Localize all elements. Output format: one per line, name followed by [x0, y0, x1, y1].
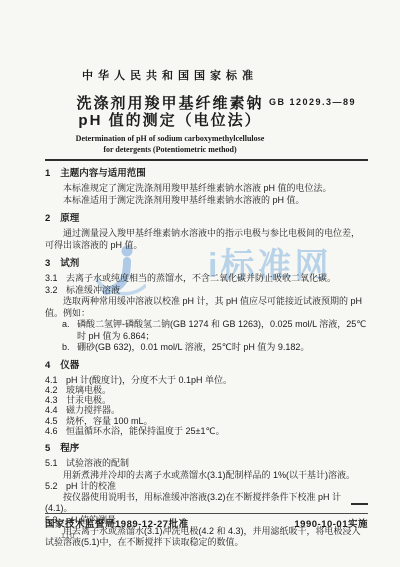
clause-text: 甘汞电极。 [66, 395, 111, 405]
title-line-2: pH 值的测定（电位法） [45, 112, 295, 129]
paragraph: 用新煮沸并冷却的去离子水或蒸馏水(3.1)配制样品的 1%(以干基计)溶液。 [45, 470, 368, 481]
clause-number: 3.1 [45, 273, 66, 285]
clause-number: 4.5 [45, 416, 66, 426]
section-number: 4 [45, 360, 50, 371]
paragraph: 选取两种常用缓冲溶液以校准 pH 计，其 pH 值应尽可能接近试液预期的 pH … [45, 296, 368, 319]
document-page: i标准网 中华人民共和国国家标准 洗涤剂用羧甲基纤维素钠 pH 值的测定（电位法… [0, 0, 400, 567]
section-3-heading: 3 试剂 [45, 258, 368, 269]
title-block: 洗涤剂用羧甲基纤维素钠 pH 值的测定（电位法） GB 12029.3—89 [45, 95, 368, 129]
footer-area: 国家技术监督局1989-12-27批准 1990-10-01实施 110 [45, 500, 368, 560]
english-title-line-2: for detergents (Potentiometric method) [45, 144, 295, 155]
clause-text: 试验溶液的配制 [66, 458, 129, 469]
clause-3-1: 3.1 去离子水或纯度相当的蒸馏水，不含二氧化碳并防止吸收二氧化碳。 [45, 273, 368, 285]
clause-4-2: 4.2 玻璃电极。 [45, 385, 368, 395]
section-title: 原理 [60, 213, 79, 224]
clause-text: pH 计(酸度计)，分度不大于 0.1pH 单位。 [66, 375, 232, 385]
list-marker: b. [62, 342, 77, 354]
section-5-heading: 5 程序 [45, 443, 368, 454]
clause-text: 恒温循环水浴，能保持温度于 25±1℃。 [66, 426, 225, 436]
clause-text: 磁力搅拌器。 [66, 405, 120, 415]
paragraph: 本标准规定了测定洗涤剂用羧甲基纤维素钠水溶液 pH 值的电位法。 [45, 183, 368, 195]
clause-5-1: 5.1 试验溶液的配制 [45, 458, 368, 469]
clause-4-1: 4.1 pH 计(酸度计)，分度不大于 0.1pH 单位。 [45, 375, 368, 385]
page-number: 110 [61, 533, 75, 540]
list-item-b: b. 硼砂(GB 632)，0.01 mol/L 溶液，25℃时 pH 值为 9… [62, 342, 368, 354]
clause-number: 4.3 [45, 395, 66, 405]
apparatus-list: 4.1 pH 计(酸度计)，分度不大于 0.1pH 单位。 4.2 玻璃电极。 … [45, 375, 368, 437]
header-rule [45, 159, 368, 161]
clause-text: pH 计的校准 [66, 481, 116, 492]
section-title: 程序 [60, 443, 79, 454]
clause-number: 4.2 [45, 385, 66, 395]
clause-number: 3.2 [45, 285, 66, 297]
section-title: 仪器 [60, 360, 79, 371]
section-4-heading: 4 仪器 [45, 360, 368, 371]
section-number: 5 [45, 443, 50, 454]
list-text: 磷酸二氢钾-磷酸氢二钠(GB 1274 和 GB 1263)，0.025 mol… [77, 319, 368, 342]
footer-rule [45, 513, 368, 514]
clause-4-4: 4.4 磁力搅拌器。 [45, 405, 368, 415]
clause-5-2: 5.2 pH 计的校准 [45, 481, 368, 492]
section-number: 3 [45, 258, 50, 269]
rule-fragment [351, 503, 368, 505]
clause-text: 玻璃电极。 [66, 385, 111, 395]
clause-3-2: 3.2 标准缓冲溶液 [45, 285, 368, 297]
clause-text: 去离子水或纯度相当的蒸馏水，不含二氧化碳并防止吸收二氧化碳。 [66, 273, 336, 285]
section-2-heading: 2 原理 [45, 213, 368, 224]
clause-number: 4.1 [45, 375, 66, 385]
section-title: 试剂 [60, 258, 79, 269]
footer: 国家技术监督局1989-12-27批准 1990-10-01实施 [45, 516, 368, 530]
implementation-date: 1990-10-01实施 [294, 516, 368, 530]
approval-statement: 国家技术监督局1989-12-27批准 [45, 516, 189, 530]
section-title: 主题内容与适用范围 [60, 168, 146, 179]
section-number: 2 [45, 213, 50, 224]
clause-text: 标准缓冲溶液 [66, 285, 120, 297]
english-title-line-1: Determination of pH of sodium carboxymet… [45, 133, 295, 144]
title-line-1: 洗涤剂用羧甲基纤维素钠 [45, 95, 295, 112]
paragraph: 本标准适用于测定洗涤剂用羧甲基纤维素钠水溶液的 pH 值。 [45, 195, 368, 207]
document-content: 中华人民共和国国家标准 洗涤剂用羧甲基纤维素钠 pH 值的测定（电位法） GB … [45, 70, 368, 549]
standard-code: GB 12029.3—89 [269, 97, 356, 107]
section-number: 1 [45, 168, 50, 179]
clause-4-6: 4.6 恒温循环水浴，能保持温度于 25±1℃。 [45, 426, 368, 436]
clause-number: 5.2 [45, 481, 66, 492]
section-1-heading: 1 主题内容与适用范围 [45, 168, 368, 179]
list-text: 硼砂(GB 632)，0.01 mol/L 溶液，25℃时 pH 值为 9.18… [77, 342, 309, 354]
clause-text: 烧杯，容量 100 mL。 [66, 416, 153, 426]
standard-org-line: 中华人民共和国国家标准 [45, 70, 295, 83]
clause-4-5: 4.5 烧杯，容量 100 mL。 [45, 416, 368, 426]
list-marker: a. [62, 319, 77, 342]
clause-number: 4.6 [45, 426, 66, 436]
clause-number: 5.1 [45, 458, 66, 469]
clause-number: 4.4 [45, 405, 66, 415]
clause-4-3: 4.3 甘汞电极。 [45, 395, 368, 405]
paragraph: 通过测量浸入羧甲基纤维素钠水溶液中的指示电极与参比电极间的电位差，可得出该溶液的… [45, 228, 368, 251]
list-item-a: a. 磷酸二氢钾-磷酸氢二钠(GB 1274 和 GB 1263)，0.025 … [62, 319, 368, 342]
